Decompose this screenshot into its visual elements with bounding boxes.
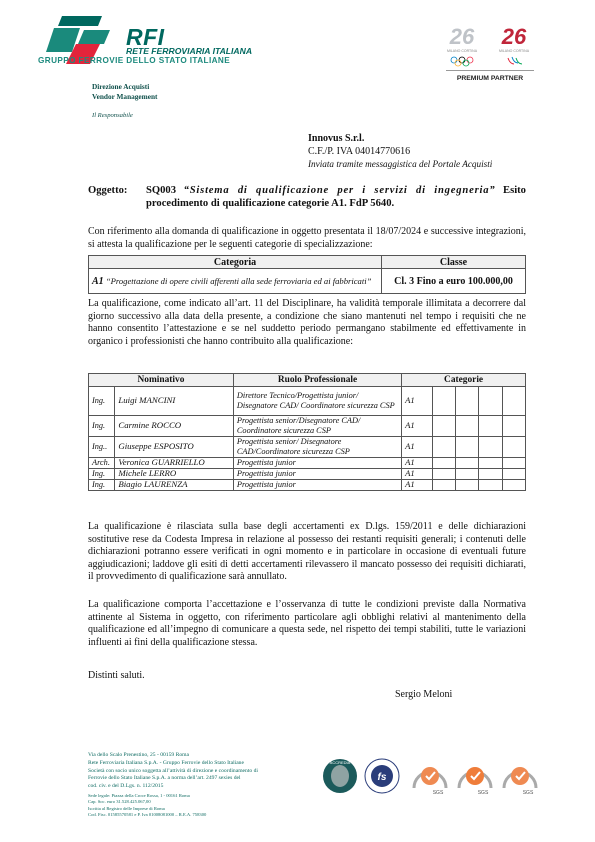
staff-name: Michele LERRO bbox=[115, 469, 234, 480]
recipient-tax-id: C.F./P. IVA 04014770616 bbox=[308, 145, 492, 158]
premium-partner-logo: 26 26 MILANO CORTINA MILANO CORTINA PREM… bbox=[440, 18, 540, 84]
svg-text:SGS: SGS bbox=[523, 790, 534, 796]
logo-subtitle: RETE FERROVIARIA ITALIANA bbox=[126, 47, 252, 56]
table-row: Ing.. Giuseppe ESPOSITO Progettista seni… bbox=[89, 437, 526, 458]
logo-group: GRUPPO FERROVIE DELLO STATO ITALIANE bbox=[38, 56, 230, 65]
empty-cell bbox=[456, 458, 479, 469]
empty-cell bbox=[432, 480, 455, 491]
footer-line: Ferrovie dello Stato Italiane S.p.A. a n… bbox=[88, 775, 308, 783]
staff-title: Ing.. bbox=[89, 437, 115, 458]
sgs-certification-icon: SGS bbox=[504, 767, 536, 796]
unit: Vendor Management bbox=[92, 92, 157, 102]
staff-category: A1 bbox=[402, 458, 433, 469]
closing: Distinti saluti. bbox=[88, 670, 526, 683]
italcertifer-icon: fs bbox=[365, 759, 399, 793]
empty-cell bbox=[456, 437, 479, 458]
footer-line: cod. civ. e del D.Lgs. n. 112/2015 bbox=[88, 783, 308, 791]
staff-category: A1 bbox=[402, 416, 433, 437]
empty-cell bbox=[456, 469, 479, 480]
empty-cell bbox=[502, 458, 525, 469]
table-row: Ing. Michele LERRO Progettista junior A1 bbox=[89, 469, 526, 480]
partner-divider bbox=[446, 70, 534, 71]
staff-name: Biagio LAURENZA bbox=[115, 480, 234, 491]
staff-category: A1 bbox=[402, 387, 433, 416]
empty-cell bbox=[479, 458, 502, 469]
category-description: “Progettazione di opere civili afferenti… bbox=[106, 276, 372, 286]
staff-role: Progettista junior bbox=[233, 458, 401, 469]
staff-title: Ing. bbox=[89, 416, 115, 437]
paragraph-obligations: La qualificazione comporta l’accettazion… bbox=[88, 599, 526, 649]
empty-cell bbox=[502, 387, 525, 416]
category-code: A1 bbox=[92, 276, 104, 287]
staff-name: Luigi MANCINI bbox=[115, 387, 234, 416]
staff-category: A1 bbox=[402, 469, 433, 480]
staff-category: A1 bbox=[402, 437, 433, 458]
empty-cell bbox=[432, 416, 455, 437]
staff-title: Arch. bbox=[89, 458, 115, 469]
footer-address: Via dello Scalo Prenestino, 25 - 00159 R… bbox=[88, 752, 308, 760]
sender-block: Direzione Acquisti Vendor Management bbox=[92, 82, 157, 102]
svg-text:ACCREDIA: ACCREDIA bbox=[330, 760, 351, 765]
staff-role: Progettista junior bbox=[233, 469, 401, 480]
category-table: Categoria Classe A1 “Progettazione di op… bbox=[88, 255, 526, 294]
col-header-classe: Classe bbox=[382, 256, 526, 269]
signature: Sergio Meloni bbox=[395, 689, 452, 700]
empty-cell bbox=[502, 437, 525, 458]
svg-text:SGS: SGS bbox=[478, 790, 489, 796]
footer-legal: Cod. Fisc. 01585570581 e P. Iva 01008081… bbox=[88, 812, 308, 818]
recipient-delivery: Inviata tramite messaggistica del Portal… bbox=[308, 158, 492, 171]
staff-table: Nominativo Ruolo Professionale Categorie… bbox=[88, 373, 526, 491]
empty-cell bbox=[479, 469, 502, 480]
staff-name: Giuseppe ESPOSITO bbox=[115, 437, 234, 458]
table-row: Arch. Veronica GUARRIELLO Progettista ju… bbox=[89, 458, 526, 469]
staff-role: Direttore Tecnico/Progettista junior/ Di… bbox=[233, 387, 401, 416]
empty-cell bbox=[479, 387, 502, 416]
svg-text:MILANO CORTINA: MILANO CORTINA bbox=[499, 49, 530, 53]
empty-cell bbox=[456, 416, 479, 437]
sender-role: Il Responsabile bbox=[92, 112, 133, 119]
footer-line: Società con socio unico soggetta all’att… bbox=[88, 768, 308, 776]
staff-category: A1 bbox=[402, 480, 433, 491]
footer-company-info: Via dello Scalo Prenestino, 25 - 00159 R… bbox=[88, 752, 308, 819]
empty-cell bbox=[432, 458, 455, 469]
empty-cell bbox=[502, 480, 525, 491]
svg-text:MILANO CORTINA: MILANO CORTINA bbox=[447, 49, 478, 53]
footer-company: Rete Ferroviaria Italiana S.p.A. - Grupp… bbox=[88, 760, 308, 768]
subject-label: Oggetto: bbox=[88, 184, 127, 197]
empty-cell bbox=[432, 437, 455, 458]
empty-cell bbox=[502, 469, 525, 480]
empty-cell bbox=[479, 480, 502, 491]
table-row: Ing. Luigi MANCINI Direttore Tecnico/Pro… bbox=[89, 387, 526, 416]
recipient-block: Innovus S.r.l. C.F./P. IVA 04014770616 I… bbox=[308, 132, 492, 171]
svg-text:SGS: SGS bbox=[433, 790, 444, 796]
col-header-ruolo: Ruolo Professionale bbox=[233, 374, 401, 387]
department: Direzione Acquisti bbox=[92, 82, 157, 92]
staff-role: Progettista senior/ Disegnatore CAD/Coor… bbox=[233, 437, 401, 458]
empty-cell bbox=[479, 437, 502, 458]
paragraph-verification: La qualificazione è rilasciata sulla bas… bbox=[88, 521, 526, 584]
col-header-nominativo: Nominativo bbox=[89, 374, 234, 387]
sgs-certification-icon: SGS bbox=[414, 767, 446, 796]
col-header-categorie: Categorie bbox=[402, 374, 526, 387]
staff-role: Progettista junior bbox=[233, 480, 401, 491]
empty-cell bbox=[456, 480, 479, 491]
staff-title: Ing. bbox=[89, 469, 115, 480]
class-cell: Cl. 3 Fino a euro 100.000,00 bbox=[382, 269, 526, 294]
accredia-icon: ACCREDIA bbox=[323, 759, 357, 793]
subject: Oggetto: SQ003 “Sistema di qualificazion… bbox=[88, 184, 526, 210]
staff-name: Carmine ROCCO bbox=[115, 416, 234, 437]
paragraph-intro: Con riferimento alla domanda di qualific… bbox=[88, 226, 526, 251]
subject-system-title: “Sistema di qualificazione per i servizi… bbox=[184, 185, 496, 196]
svg-text:26: 26 bbox=[449, 24, 475, 49]
empty-cell bbox=[502, 416, 525, 437]
staff-role: Progettista senior/Disegnatore CAD/ Coor… bbox=[233, 416, 401, 437]
col-header-categoria: Categoria bbox=[89, 256, 382, 269]
sgs-certification-icon: SGS bbox=[459, 767, 491, 796]
olympic-logos-icon: 26 26 MILANO CORTINA MILANO CORTINA bbox=[440, 18, 540, 70]
partner-label: PREMIUM PARTNER bbox=[440, 75, 540, 82]
empty-cell bbox=[432, 469, 455, 480]
svg-text:fs: fs bbox=[378, 772, 387, 783]
table-row: A1 “Progettazione di opere civili affere… bbox=[89, 269, 526, 294]
recipient-name: Innovus S.r.l. bbox=[308, 132, 492, 145]
table-row: Ing. Biagio LAURENZA Progettista junior … bbox=[89, 480, 526, 491]
empty-cell bbox=[432, 387, 455, 416]
staff-title: Ing. bbox=[89, 480, 115, 491]
empty-cell bbox=[456, 387, 479, 416]
empty-cell bbox=[479, 416, 502, 437]
staff-name: Veronica GUARRIELLO bbox=[115, 458, 234, 469]
svg-text:26: 26 bbox=[501, 24, 527, 49]
subject-code: SQ003 bbox=[146, 185, 176, 196]
table-row: Ing. Carmine ROCCO Progettista senior/Di… bbox=[89, 416, 526, 437]
staff-title: Ing. bbox=[89, 387, 115, 416]
paragraph-validity: La qualificazione, come indicato all’art… bbox=[88, 298, 526, 348]
certification-logos: ACCREDIA fs SGS SGS SGS bbox=[322, 754, 552, 796]
category-cell: A1 “Progettazione di opere civili affere… bbox=[89, 269, 382, 294]
